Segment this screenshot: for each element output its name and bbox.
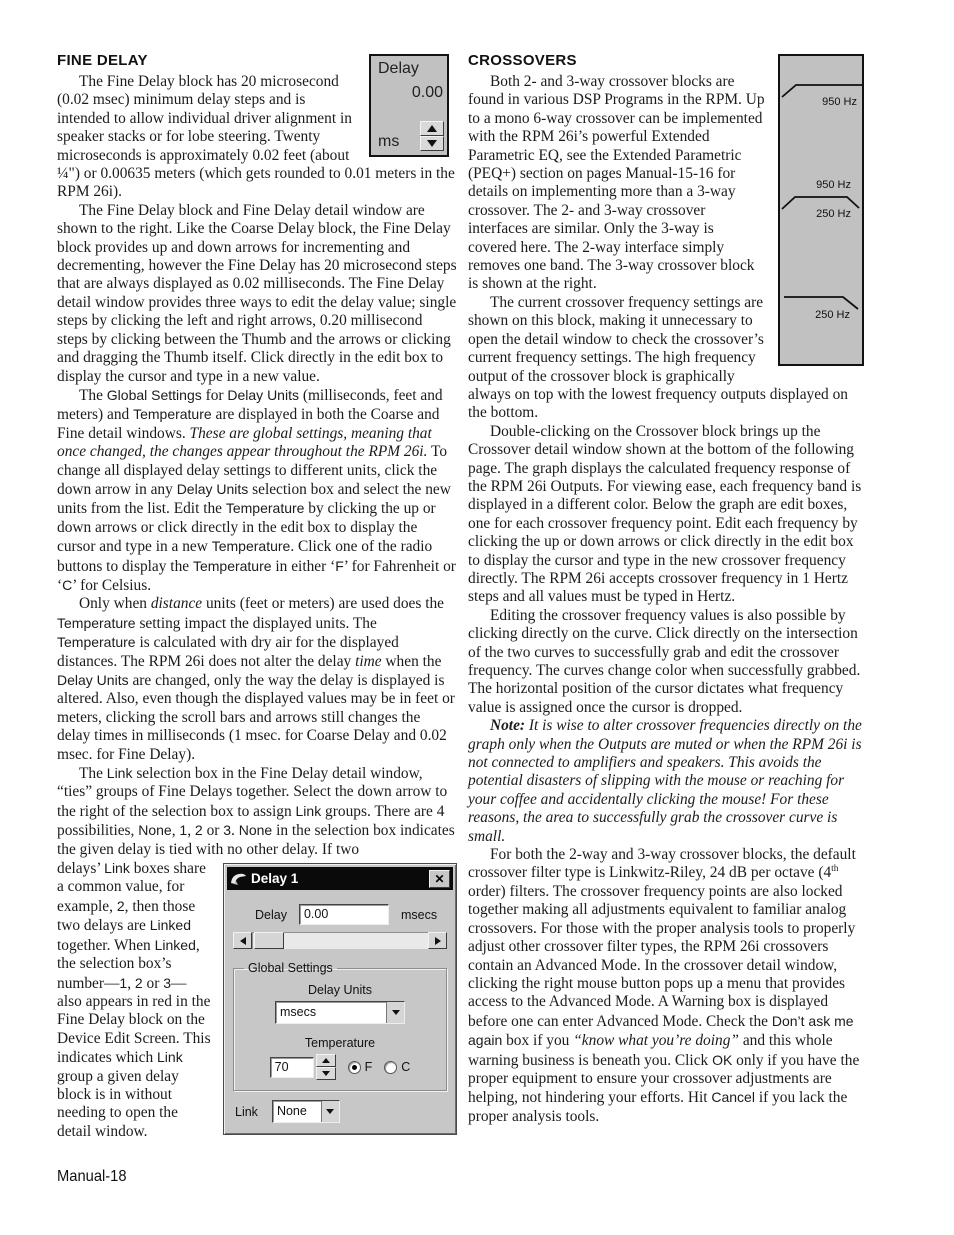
paragraph: Only when distance units (feet or meters… (57, 595, 457, 764)
spin-up-icon[interactable] (316, 1054, 336, 1067)
paragraph: Editing the crossover frequency values i… (468, 607, 864, 717)
delay-dialog-image: Delay 1 ✕ Delay 0.00 msecs (223, 863, 457, 1135)
delay-units-select[interactable]: msecs (275, 1001, 405, 1024)
paragraph: The Global Settings for Delay Units (mil… (57, 386, 457, 595)
dropdown-arrow-icon[interactable] (321, 1101, 339, 1122)
radio-fahrenheit[interactable]: F (348, 1060, 373, 1074)
spin-up-icon[interactable] (420, 121, 444, 136)
dialog-title: Delay 1 (251, 871, 429, 886)
fine-delay-block-unit: ms (371, 133, 420, 151)
scroll-right-icon[interactable] (428, 932, 447, 949)
delay-dialog-body: Delay 0.00 msecs Global Settings Delay U… (227, 890, 453, 1131)
bpf-bottom-frequency-label: 250 Hz (816, 208, 851, 220)
right-column: 950 Hz 950 Hz 250 Hz 250 Hz CROSSOVERS B… (468, 52, 864, 1126)
lpf-frequency-label: 250 Hz (815, 309, 850, 321)
radio-fahrenheit-label: F (365, 1060, 373, 1074)
link-label: Link (235, 1105, 258, 1119)
paragraph: The Fine Delay block and Fine Delay deta… (57, 202, 457, 386)
fine-delay-block-image: Delay 0.00 ms (369, 54, 449, 157)
paragraph: Double-clicking on the Crossover block b… (468, 423, 864, 607)
global-settings-group: Global Settings Delay Units msecs Temper… (233, 961, 447, 1091)
temperature-spinner (316, 1054, 336, 1080)
paragraph: For both the 2-way and 3-way crossover b… (468, 846, 864, 1126)
spin-down-icon[interactable] (316, 1067, 336, 1080)
spin-down-icon[interactable] (420, 136, 444, 151)
crossover-block-image: 950 Hz 950 Hz 250 Hz 250 Hz (778, 54, 864, 366)
link-select[interactable]: None (272, 1100, 340, 1123)
fine-delay-block-title: Delay (371, 56, 447, 78)
link-value: None (273, 1101, 321, 1122)
delay-units-value: msecs (276, 1002, 386, 1023)
delay-value-input[interactable]: 0.00 (299, 904, 389, 925)
left-column: Delay 0.00 ms FINE DELAY The Fine Delay … (57, 52, 457, 1141)
manual-page: Delay 0.00 ms FINE DELAY The Fine Delay … (0, 0, 954, 1235)
scrollbar-thumb[interactable] (254, 932, 284, 949)
fine-delay-spinner (420, 121, 444, 151)
scroll-left-icon[interactable] (233, 932, 252, 949)
global-settings-label: Global Settings (244, 961, 337, 975)
temperature-label: Temperature (242, 1036, 438, 1050)
delay-field-label: Delay (255, 908, 287, 922)
delay-dialog-titlebar[interactable]: Delay 1 ✕ (227, 867, 453, 890)
lpf-curve-icon (780, 294, 862, 310)
window-icon (230, 872, 248, 886)
page-number: Manual-18 (57, 1168, 127, 1186)
paragraph: Note: It is wise to alter crossover freq… (468, 717, 864, 846)
fine-delay-block-value: 0.00 (371, 78, 447, 102)
radio-celsius-label: C (401, 1060, 410, 1074)
delay-unit-label: msecs (401, 908, 437, 922)
hpf-frequency-label: 950 Hz (822, 96, 857, 108)
radio-celsius[interactable]: C (384, 1060, 410, 1074)
dropdown-arrow-icon[interactable] (386, 1002, 404, 1023)
bpf-top-frequency-label: 950 Hz (816, 179, 851, 191)
scrollbar-track[interactable] (252, 932, 428, 949)
temperature-input[interactable]: 70 (270, 1057, 314, 1078)
delay-scrollbar[interactable] (233, 932, 447, 949)
delay-units-label: Delay Units (242, 983, 438, 997)
close-icon[interactable]: ✕ (429, 870, 450, 888)
paragraph: The Link selection box in the Fine Delay… (57, 764, 457, 859)
